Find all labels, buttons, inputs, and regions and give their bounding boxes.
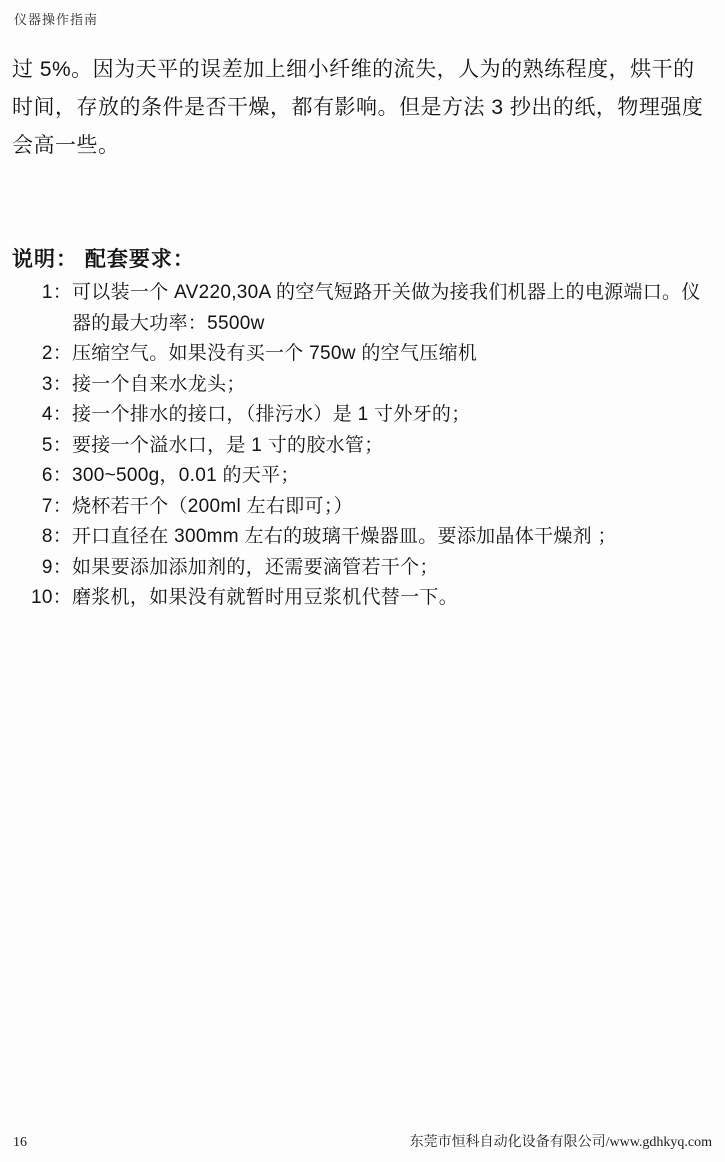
requirement-number: 7：: [12, 492, 72, 523]
requirement-number: 6：: [12, 461, 72, 492]
requirement-item: 10：磨浆机，如果没有就暂时用豆浆机代替一下。: [12, 583, 714, 614]
requirement-text: 可以装一个 AV220,30A 的空气短路开关做为接我们机器上的电源端口。仪器的…: [72, 278, 714, 339]
requirement-item: 6：300~500g，0.01 的天平；: [12, 461, 714, 492]
document-footer: 16 东莞市恒科自动化设备有限公司/www.gdhkyq.com: [13, 1131, 712, 1151]
requirement-number: 10：: [12, 583, 72, 614]
requirement-text: 接一个排水的接口，（排污水）是 1 寸外牙的；: [72, 400, 714, 431]
document-page: 仪器操作指南 过 5%。因为天平的误差加上细小纤维的流失，人为的熟练程度，烘干的…: [0, 0, 725, 1162]
requirement-number: 1：: [12, 278, 72, 309]
requirement-text: 要接一个溢水口，是 1 寸的胶水管；: [72, 431, 714, 462]
requirement-number: 4：: [12, 400, 72, 431]
requirement-text: 如果要添加添加剂的，还需要滴管若干个；: [72, 553, 714, 584]
requirement-number: 5：: [12, 431, 72, 462]
requirement-text: 烧杯若干个（200ml 左右即可；）: [72, 492, 714, 523]
section-heading: 说明： 配套要求：: [12, 243, 195, 273]
requirement-number: 8：: [12, 522, 72, 553]
requirement-item: 1：可以装一个 AV220,30A 的空气短路开关做为接我们机器上的电源端口。仪…: [12, 278, 714, 339]
requirement-item: 5：要接一个溢水口，是 1 寸的胶水管；: [12, 431, 714, 462]
requirement-item: 7：烧杯若干个（200ml 左右即可；）: [12, 492, 714, 523]
requirement-text: 接一个自来水龙头；: [72, 370, 714, 401]
requirement-item: 4：接一个排水的接口，（排污水）是 1 寸外牙的；: [12, 400, 714, 431]
requirement-item: 3：接一个自来水龙头；: [12, 370, 714, 401]
requirement-item: 8：开口直径在 300mm 左右的玻璃干燥器皿。要添加晶体干燥剂 ；: [12, 522, 714, 553]
requirement-item: 9：如果要添加添加剂的，还需要滴管若干个；: [12, 553, 714, 584]
document-header-title: 仪器操作指南: [14, 9, 98, 28]
intro-paragraph: 过 5%。因为天平的误差加上细小纤维的流失，人为的熟练程度，烘干的时间，存放的条…: [12, 51, 712, 165]
requirement-number: 9：: [12, 553, 72, 584]
requirement-text: 磨浆机，如果没有就暂时用豆浆机代替一下。: [72, 583, 714, 614]
requirement-text: 开口直径在 300mm 左右的玻璃干燥器皿。要添加晶体干燥剂 ；: [72, 522, 714, 553]
requirement-item: 2：压缩空气。如果没有买一个 750w 的空气压缩机: [12, 339, 714, 370]
requirements-list: 1：可以装一个 AV220,30A 的空气短路开关做为接我们机器上的电源端口。仪…: [12, 278, 714, 614]
requirement-number: 3：: [12, 370, 72, 401]
footer-company-url: 东莞市恒科自动化设备有限公司/www.gdhkyq.com: [410, 1131, 712, 1151]
requirement-text: 300~500g，0.01 的天平；: [72, 461, 714, 492]
requirement-text: 压缩空气。如果没有买一个 750w 的空气压缩机: [72, 339, 714, 370]
page-number: 16: [13, 1135, 27, 1151]
requirement-number: 2：: [12, 339, 72, 370]
